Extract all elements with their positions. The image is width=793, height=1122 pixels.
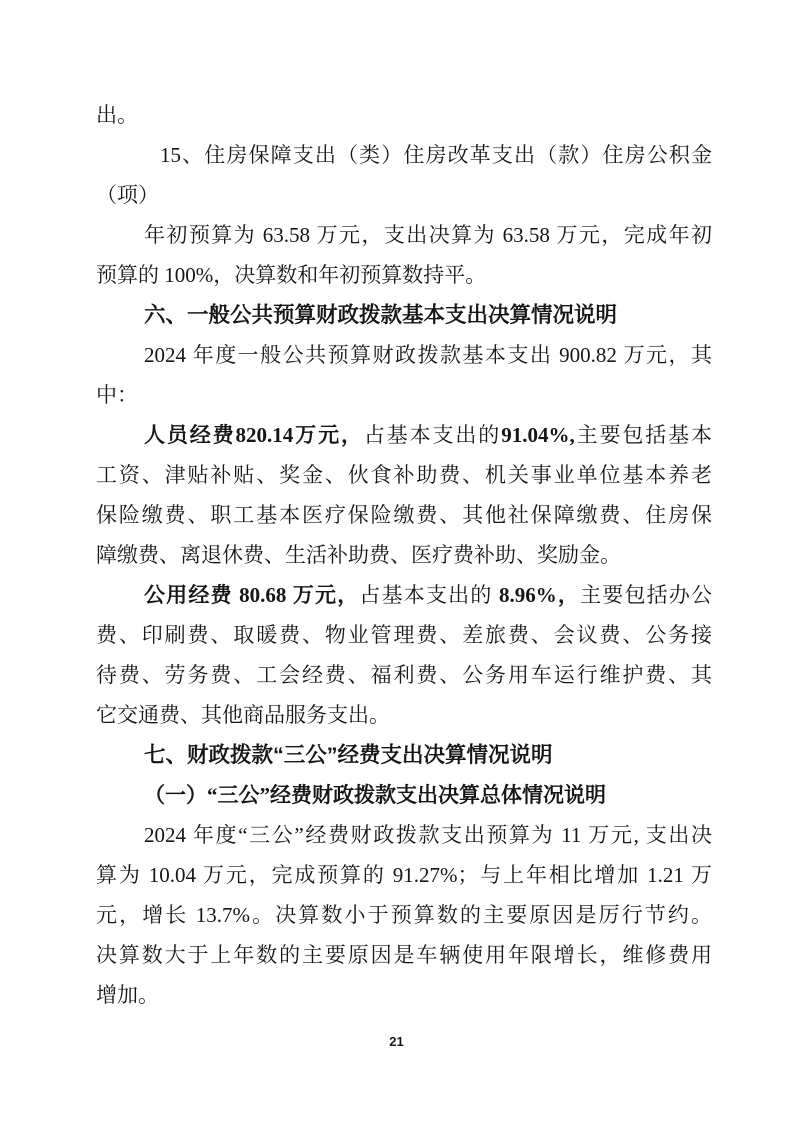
public-expense-line: 公用经费 80.68 万元，占基本支出的 8.96%，主要包括办公 — [96, 575, 712, 615]
public-expense-amount: 公用经费 80.68 万元， — [144, 583, 359, 607]
sub-heading-one: （一）“三公”经费财政拨款支出决算总体情况说明 — [96, 775, 712, 815]
paragraph-line: 它交通费、其他商品服务支出。 — [96, 695, 712, 735]
paragraph-text: 占基本支出的 — [364, 423, 501, 447]
paragraph-line: 年初预算为 63.58 万元，支出决算为 63.58 万元，完成年初 — [96, 215, 712, 255]
numbered-item-line: 15、住房保障支出（类）住房改革支出（款）住房公积金 — [96, 135, 712, 175]
paragraph-line: 出。 — [96, 95, 712, 135]
paragraph-line: 保险缴费、职工基本医疗保险缴费、其他社保障缴费、住房保 — [96, 495, 712, 535]
paragraph-line: 增加。 — [96, 975, 712, 1015]
paragraph-line: 预算的 100%，决算数和年初预算数持平。 — [96, 255, 712, 295]
paragraph-line: 2024 年度一般公共预算财政拨款基本支出 900.82 万元，其 — [96, 335, 712, 375]
paragraph-line: 元，增长 13.7%。决算数小于预算数的主要原因是厉行节约。 — [96, 895, 712, 935]
paragraph-text: 主要包括基本 — [575, 423, 712, 447]
paragraph-line: 待费、劳务费、工会经费、福利费、公务用车运行维护费、其 — [96, 655, 712, 695]
public-expense-percentage: 8.96%， — [499, 583, 580, 607]
personnel-expense-percentage: 91.04%, — [501, 423, 575, 447]
paragraph-line: 算为 10.04 万元，完成预算的 91.27%；与上年相比增加 1.21 万 — [96, 855, 712, 895]
personnel-expense-amount: 人员经费820.14万元， — [144, 423, 364, 447]
paragraph-line: （项） — [96, 175, 712, 215]
paragraph-line: 2024 年度“三公”经费财政拨款支出预算为 11 万元, 支出决 — [96, 815, 712, 855]
paragraph-line: 中： — [96, 375, 712, 415]
page-number: 21 — [0, 1034, 793, 1049]
paragraph-text: 主要包括办公 — [580, 583, 712, 607]
document-body: 出。 15、住房保障支出（类）住房改革支出（款）住房公积金 （项） 年初预算为 … — [96, 95, 712, 1015]
paragraph-text: 占基本支出的 — [359, 583, 499, 607]
paragraph-line: 障缴费、离退休费、生活补助费、医疗费补助、奖励金。 — [96, 535, 712, 575]
section-heading-seven: 七、财政拨款“三公”经费支出决算情况说明 — [96, 735, 712, 775]
section-heading-six: 六、一般公共预算财政拨款基本支出决算情况说明 — [96, 295, 712, 335]
personnel-expense-line: 人员经费820.14万元，占基本支出的91.04%,主要包括基本 — [96, 415, 712, 455]
paragraph-line: 工资、津贴补贴、奖金、伙食补助费、机关事业单位基本养老 — [96, 455, 712, 495]
paragraph-line: 决算数大于上年数的主要原因是车辆使用年限增长，维修费用 — [96, 935, 712, 975]
paragraph-line: 费、印刷费、取暖费、物业管理费、差旅费、会议费、公务接 — [96, 615, 712, 655]
